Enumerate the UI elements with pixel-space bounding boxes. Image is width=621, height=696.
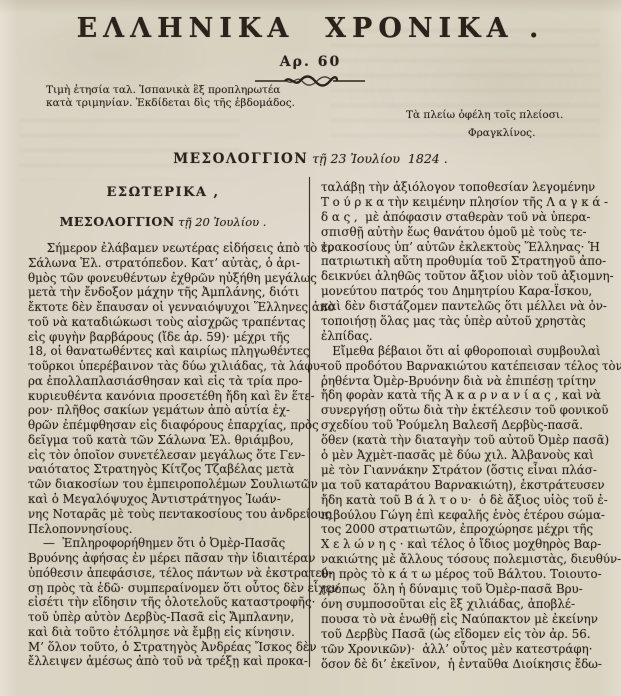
text-line: τοῦρκοι ὑπερέβαινον τὰς δύω χιλιάδας, τὰ… — [28, 359, 308, 374]
text-line: τοῦ Δερβὺς Πασᾶ (ὡς εἴδομεν εἰς τὸν ἀρ. … — [321, 627, 613, 642]
text-line: τῶν Χρονικῶν)· ἀλλ’ οὗτος μὲν κατεστράφη… — [321, 642, 613, 657]
article-dateline-city: ΜΕΣΟΛΟΓΓΙΟΝ — [60, 214, 175, 229]
right-column-text: ταλάβῃ τὴν ἀξιόλογον τοποθεσίαν λεγομένη… — [321, 180, 613, 671]
text-line: μὲ τὸν Γιαννάκην Στράτον (ὅστις εἶναι πλ… — [321, 463, 613, 478]
text-line: Τ ο ύ ρ κ α τὴν κειμένην πλησίον τῆς Λ α… — [321, 195, 613, 210]
text-line: εἰσέτι τὴν εἴδησιν τῆς ὁλοτελοῦς καταστρ… — [28, 595, 308, 610]
text-line: Σάλωνα Ἑλ. στρατόπεδον. Κατ’ αὐτὰς, ὁ ἀρ… — [28, 256, 308, 271]
text-line: μονεύτου πατρός του Δημητρίου Καρα-Ϊσκου… — [321, 284, 613, 299]
text-line: καὶ δὲν διστάζομεν παντελῶς ὅτι μέλλει ν… — [321, 299, 613, 314]
dateline-city: ΜΕΣΟΛΟΓΓΙΟΝ — [173, 151, 308, 167]
text-line: όνη συμποσοῦται εἰς ἓξ χιλιάδας, ἀποβλέ- — [321, 597, 613, 612]
newspaper-page: ΕΛΛΗΝΙΚΑ ΧΡΟΝΙΚΑ . Αρ. 60 Τιμὴ ἐτησία τα… — [0, 0, 621, 696]
dateline-date: τῇ 23 Ἰουλίου 1824 . — [308, 151, 448, 166]
motto: Τὰ πλείω ὀφέλη τοῖς πλείοσι. — [406, 109, 563, 121]
text-line: ἔλλειψεν ἀμέσως ἀπὸ τοῦ νὰ τρέξῃ καὶ προ… — [28, 654, 308, 669]
text-line: — Ἐπληροφορήθημεν ὅτι ὁ Ὀμὲρ-Πασᾶς — [28, 536, 308, 551]
text-line: ῥηθέντα Ὀμὲρ-Βρυόνην διὰ νὰ ἐπιπέσῃ τρίτ… — [321, 374, 613, 389]
text-line: ἤδη φορὰν κατὰ τῆς Ἀ κ α ρ ν α ν ί α ς ,… — [321, 388, 613, 403]
text-line: πιβούλου Γώγη ἐπὶ κεφαλῆς ἑνὸς ἑτέρου σώ… — [321, 508, 613, 523]
text-line: ὅθεν (κατὰ τὴν διαταγὴν τοῦ αὐτοῦ Ὀμὲρ π… — [321, 433, 613, 448]
text-line: ναιότατος Στρατηγὸς Κίτζος Τζαβέλας μετὰ — [28, 462, 308, 477]
subscription-info: Τιμὴ ἐτησία ταλ. Ἱσπανικὰ ἓξ προπληρωτέα… — [46, 84, 295, 110]
newspaper-title: ΕΛΛΗΝΙΚΑ ΧΡΟΝΙΚΑ . — [0, 13, 621, 44]
text-line: δεῖγμα τοῦ κατὰ τῶν Σάλωνα Ἑλ. θριάμβου, — [28, 433, 308, 448]
text-line: θρῶν ἐπέμφθησαν εἰς διαφόρους ἐπαρχίας, … — [28, 418, 308, 433]
text-line: καὶ ὁ Μεγαλόψυχος Ἀντιστράτηγος Ἰωάν- — [28, 492, 308, 507]
text-line: νακιώτης μὲ ἄλλους τόσους πολεμιστὰς, δι… — [321, 552, 613, 567]
text-line: ὑπόθεσιν ἀπεφάσισε, τέλος πάντων νὰ ἐκστ… — [28, 566, 308, 581]
text-line: ταλάβῃ τὴν ἀξιόλογον τοποθεσίαν λεγομένη… — [321, 180, 613, 195]
text-line: πατριωτικὴ αὕτη προθυμία τοῦ Στρατηγοῦ ἀ… — [321, 254, 613, 269]
bleed-through-text — [20, 110, 240, 180]
text-line: Βρυόνης ἀφήσας ἐν μέρει πᾶσαν τὴν ἰδιαιτ… — [28, 551, 308, 566]
text-line: σπισθῇ αὐτὴν ἕως θανάτου ὁμοῦ μὲ τοὺς τε… — [321, 225, 613, 240]
text-line: Πελοποννησίους. — [28, 522, 308, 537]
issue-number: Αρ. 60 — [0, 54, 621, 70]
dateline: ΜΕΣΟΛΟΓΓΙΟΝ τῇ 23 Ἰουλίου 1824 . — [0, 148, 621, 167]
text-line: Τιμὴ ἐτησία ταλ. Ἱσπανικὰ ἓξ προπληρωτέα — [46, 84, 295, 97]
text-line: νης Νοταρᾶς μὲ τοὺς πεντακοσίους του ἀνδ… — [28, 507, 308, 522]
text-line: τῶν διακοσίων του ἐμπειροπολέμων Σουλιωτ… — [28, 477, 308, 492]
text-line: ρον· πλῆθος σακίων γεμάτων ἀπὸ αὐτία ἐχ- — [28, 403, 308, 418]
text-line: ὁ μὲν Ἀχμὲτ-πασᾶς μὲ δύω χιλ. Ἀλβανοὺς κ… — [321, 448, 613, 463]
text-line: τος 2000 στρατιωτῶν, ἐπροχώρησε μέχρι τῆ… — [321, 522, 613, 537]
text-line: θη πρὸς τὸ κ ά τ ω μέρος τοῦ Βάλτου. Τοι… — [321, 567, 613, 582]
text-line: τρόπως ὅλη ἡ δύναμις τοῦ Ὀμὲρ-πασᾶ Βρυ- — [321, 582, 613, 597]
text-line: σῃ πρὸς τὰ ἐδῶ· συμπεραίνομεν ὅτι οὗτος … — [28, 581, 308, 596]
text-line: θμὸς τῶν φονευθέντων ἐχθρῶν ηὐξήθη μεγάλ… — [28, 271, 308, 286]
text-line: Χ ε λ ώ ν η ς · καὶ τέλος ὁ ἴδιος μοχθηρ… — [321, 537, 613, 552]
text-line: εἰς τὸν ὁποῖον συνετέλεσαν μεγάλως ὅτε Γ… — [28, 448, 308, 463]
text-line: τρακοσίους ὑπ’ αὐτῶν ἐκλεκτοὺς Ἕλληνας· … — [321, 240, 613, 255]
text-line: Εἴμεθα βέβαιοι ὅτι αἱ φθοροποιαὶ συμβουλ… — [321, 344, 613, 359]
text-line: συνεργήσῃ οὕτω διὰ τὴν ἐκτέλεσιν τοῦ φον… — [321, 403, 613, 418]
text-line: Μ’ ὅλον τοῦτο, ὁ Στρατηγὸς Ἀνδρέας Ἴσκος… — [28, 640, 308, 655]
text-line: τοῦ ὑπὲρ αὐτὸν Δερβὺς-Πασᾶ εἰς Ἄμπλανην, — [28, 610, 308, 625]
text-line: 18, οἱ θανατωθέντες καὶ καιρίως πληγωθέν… — [28, 344, 308, 359]
text-line: ἤδη κατὰ τοῦ Β ά λ τ ο υ· ὁ δὲ ἄξιος υἱὸ… — [321, 493, 613, 508]
text-line: κατὰ τριμηνίαν. Ἐκδίδεται δὶς τῆς ἑβδομά… — [46, 97, 295, 110]
text-line: ρα ἐπολλαπλασιάσθησαν καὶ εἰς τὰ τρία πρ… — [28, 374, 308, 389]
text-line: ὅσον δὲ δι’ ἐκεῖνον, ἡ ἐνταῦθα Διοίκησις… — [321, 657, 613, 672]
text-line: σχεδίου τοῦ Ῥούμελη Βαλεσῆ Δερβὺς-πασᾶ. — [321, 418, 613, 433]
section-heading-esoterika: ΕΣΩΤΕΡΙΚΑ , — [28, 185, 298, 200]
text-line: κυριευθέντα κανόνια προσετέθη ἤδη καὶ ἓν… — [28, 389, 308, 404]
text-line: τοποιήσῃ ὅλας μας τὰς ὑπὲρ αὐτοῦ χρηστὰς — [321, 314, 613, 329]
text-line: ἔκτοτε δὲν ἔπαυσαν οἱ γενναιόψυχοι Ἕλλην… — [28, 300, 308, 315]
motto-author: Φραγκλίνος. — [468, 127, 535, 139]
text-line: δ α ς , μὲ ἀπόφασιν σταθερὰν τοῦ νὰ ὑπερ… — [321, 210, 613, 225]
text-line: εἰς φυγὴν βαρβάρους (ἴδε ἀρ. 59)· μέχρι … — [28, 330, 308, 345]
text-line: μα τοῦ καταράτου Βαρνακιώτη), ἐκστράτευσ… — [321, 478, 613, 493]
text-line: μετὰ τὴν ἔνδοξον μάχην τῆς Ἀμπλάνης, διό… — [28, 285, 308, 300]
article-dateline: ΜΕΣΟΛΟΓΓΙΟΝ τῇ 20 Ἰουλίου . — [28, 211, 298, 230]
text-line: ἐλπίδας. — [321, 329, 613, 344]
text-line: καὶ διὰ τοῦτο ἐτόλμησε νὰ ἔμβῃ εἰς κίνησ… — [28, 625, 308, 640]
text-line: δεικνύει ἀληθῶς τοῦτον ἄξιον υἱὸν τοῦ ἀξ… — [321, 269, 613, 284]
article-dateline-date: τῇ 20 Ἰουλίου . — [175, 215, 267, 229]
text-line: Σήμερον ἐλάβαμεν νεωτέρας εἰδήσεις ἀπὸ τ… — [28, 241, 308, 256]
text-line: τοῦ νὰ καταδιώκωσι τοὺς αἰσχρῶς τραπέντα… — [28, 315, 308, 330]
text-line: πουσα τὸ νὰ ἑνωθῇ εἰς Ναύπακτον μὲ ἐκείν… — [321, 612, 613, 627]
left-column-text: Σήμερον ἐλάβαμεν νεωτέρας εἰδήσεις ἀπὸ τ… — [28, 241, 308, 669]
text-line: τοῦ προδότου Βαρνακιώτου κατέπεισαν τέλο… — [321, 359, 613, 374]
